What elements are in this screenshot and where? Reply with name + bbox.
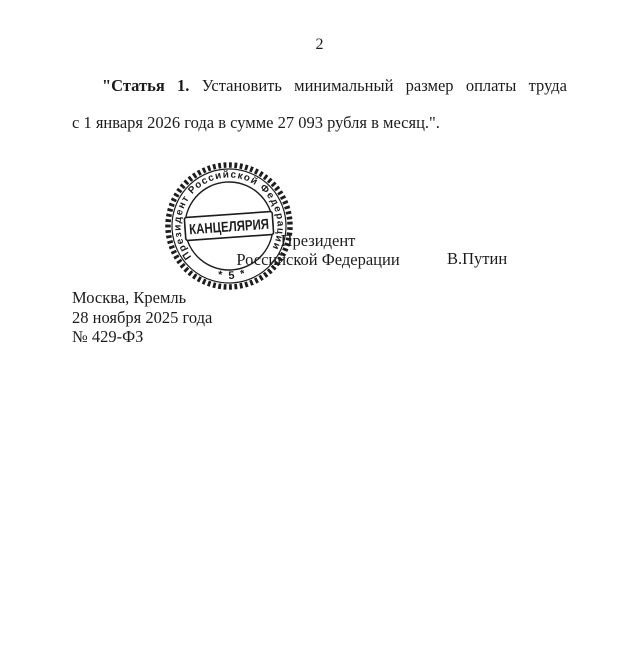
footer-number: № 429-ФЗ — [72, 327, 143, 346]
document-footer: Москва, Кремль 28 ноября 2025 года № 429… — [72, 288, 212, 347]
footer-date: 28 ноября 2025 года — [72, 308, 212, 327]
article-lead-bold: "Статья 1. — [102, 76, 189, 95]
document-page: 2 "Статья 1. Установить минимальный разм… — [0, 0, 640, 671]
article-line-1-rest: Установить минимальный размер оплаты тру… — [202, 76, 567, 95]
article-line-2: с 1 января 2026 года в сумме 27 093 рубл… — [72, 105, 567, 142]
chancellery-stamp-icon: Президент Российской Федерации * 5 * КАН… — [161, 158, 297, 294]
page-number: 2 — [72, 36, 567, 54]
article-paragraph: "Статья 1. Установить минимальный размер… — [72, 68, 567, 141]
signature-name: В.Путин — [447, 249, 507, 269]
article-line-1: "Статья 1. Установить минимальный размер… — [72, 68, 567, 105]
